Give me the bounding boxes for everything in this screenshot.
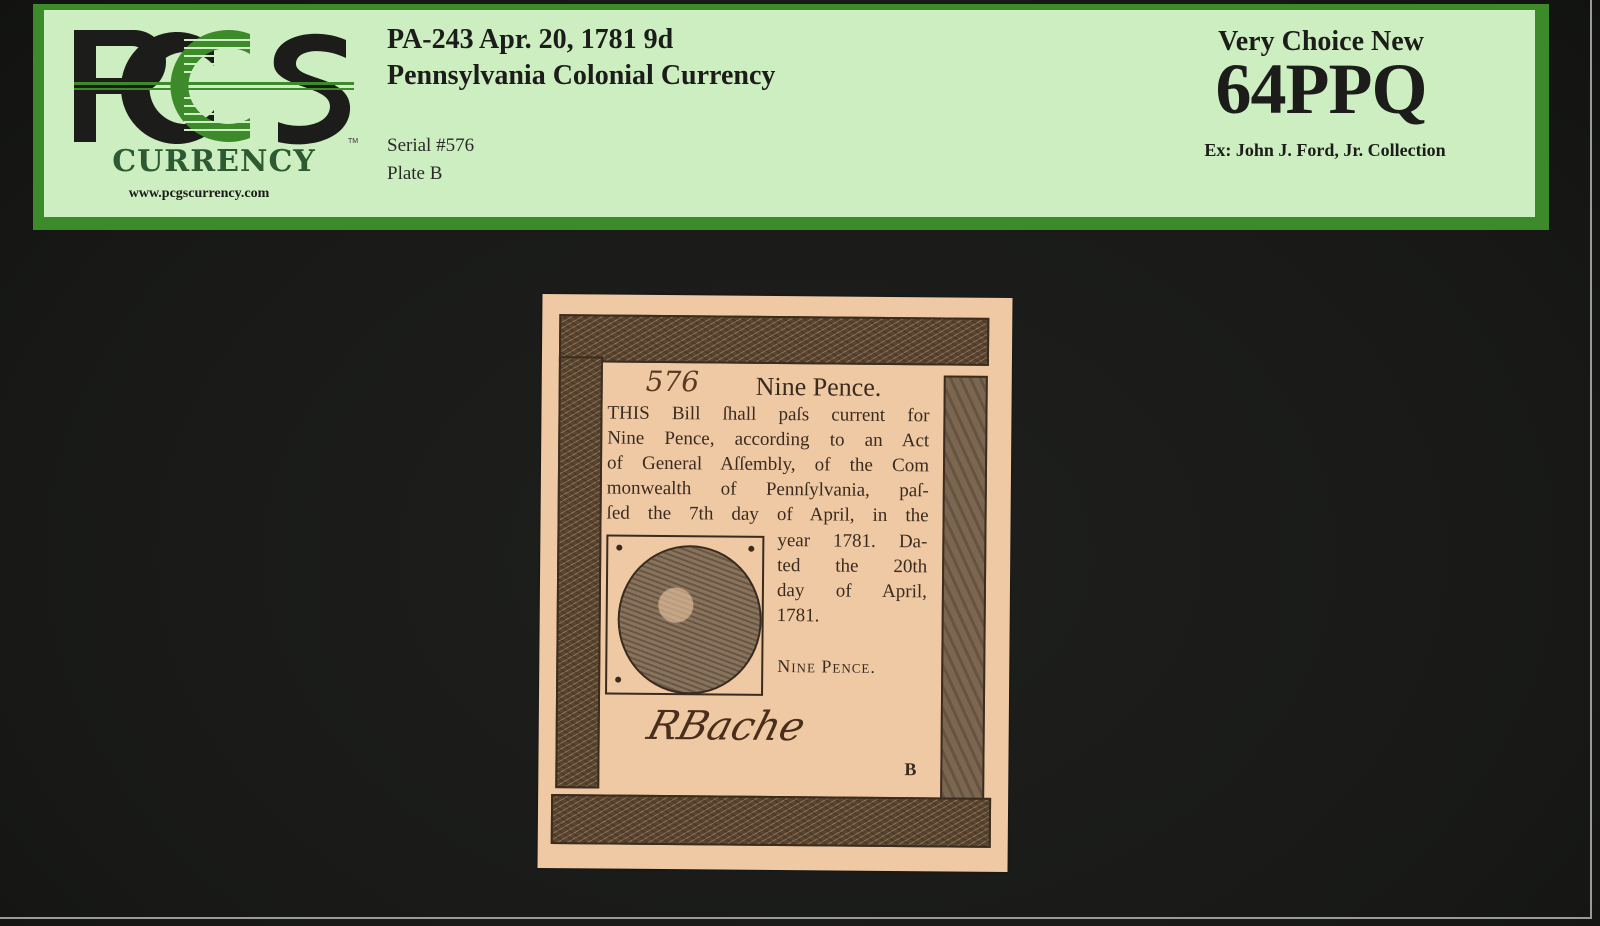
note-text-line: Nine Pence, according to an Act [607,428,929,453]
note-border-right [940,375,988,799]
currency-wordmark: CURRENCY [74,144,354,179]
note-text-line: ſed the 7th day of April, in the [607,503,929,528]
catalog-line: PA-243 Apr. 20, 1781 9d [387,24,673,56]
denomination-heading: Nine Pence. [756,372,882,403]
note-text-line: 1781. [777,605,927,628]
note-border-bottom [551,794,991,848]
note-text-line: monwealth of Pennſylvania, paſ- [607,478,929,503]
grading-label: TM CURRENCY www.pcgscurrency.com PA-243 … [33,4,1549,230]
note-text-line: of General Aſſembly, of the Com [607,453,929,478]
corner-dot [616,545,622,551]
note-text-line: THIS Bill ſhall paſs current for [607,403,929,428]
handwritten-serial: 576 [646,365,700,398]
serial-number: Serial #576 [387,135,474,157]
signature: RBache [642,703,810,750]
note-border-left [555,356,603,788]
grade-value: 64PPQ [1171,48,1471,131]
note-border-top [559,314,989,366]
note-text-line: year 1781. Da- [777,530,927,553]
pcgs-holder: TM CURRENCY www.pcgscurrency.com PA-243 … [0,0,1600,926]
pcgs-currency-logo: TM CURRENCY www.pcgscurrency.com [74,26,354,211]
issue-line: Pennsylvania Colonial Currency [387,60,775,92]
plate-letter: Plate B [387,163,442,185]
note-plate-letter: B [904,759,916,780]
note-text-line: ted the 20th [777,555,927,578]
corner-dot [615,677,621,683]
seal-icon [617,545,762,695]
label-panel: TM CURRENCY www.pcgscurrency.com PA-243 … [44,10,1535,217]
corner-dot [748,546,754,552]
website-url: www.pcgscurrency.com [74,186,324,202]
holder-edge [0,917,1592,919]
pcgs-logo-icon [74,26,354,146]
note-text-line: day of April, [777,580,927,603]
banknote: 576 Nine Pence. THIS Bill ſhall paſs cur… [538,294,1013,872]
pedigree: Ex: John J. Ford, Jr. Collection [1155,140,1495,161]
footer-denomination: Nine Pence. [777,656,876,678]
holder-edge [1590,0,1592,918]
seal-vignette [605,535,764,696]
